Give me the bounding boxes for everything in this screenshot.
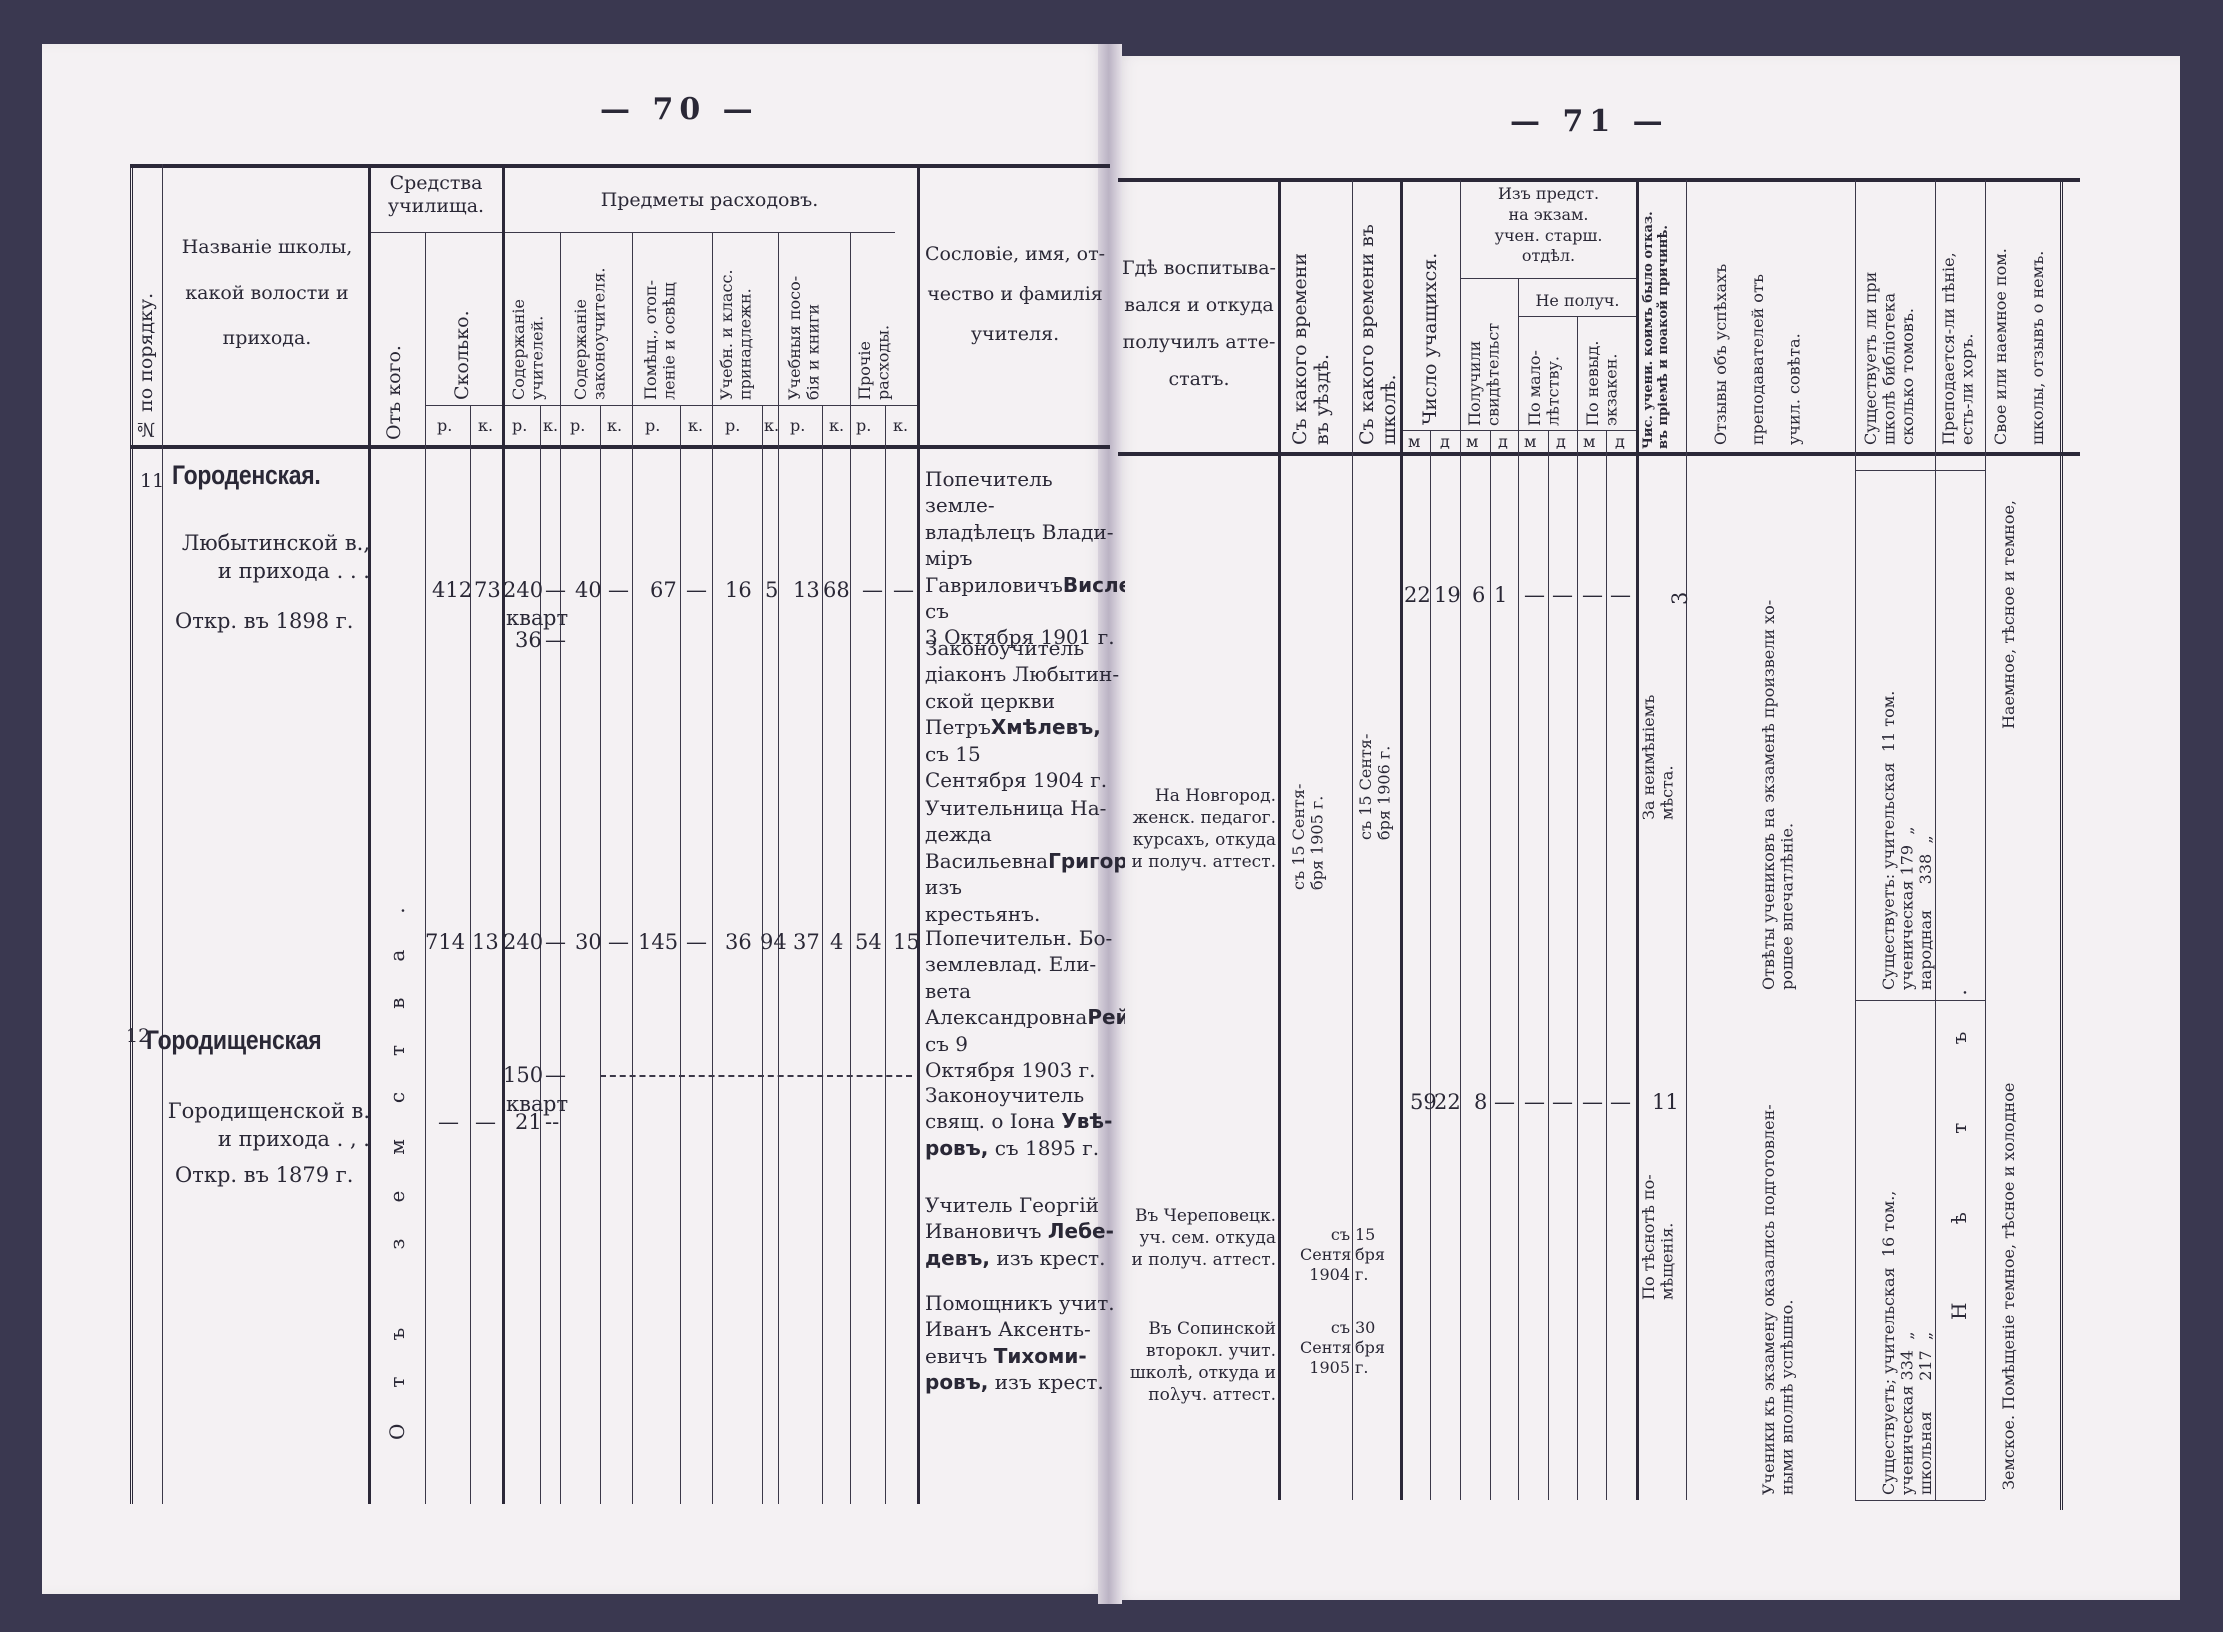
school-name: Городищенская xyxy=(146,1025,321,1056)
singing-none: Н ѣ т ъ. xyxy=(1948,620,1971,1320)
header-exp-other: Прочіе расходы. xyxy=(856,265,893,400)
row-number: 11 xyxy=(140,470,164,492)
header-singing: Преподается-ли пѣніе, есть-ли хоръ. xyxy=(1940,190,1977,445)
teacher-entry: Помощникъ учит. Иванъ Аксенть- евичъ Тих… xyxy=(925,1290,1125,1396)
header-by-failure: По невыд. экзакен. xyxy=(1584,322,1621,426)
header-exp-teachers: Содержаніе учителей. xyxy=(510,245,547,400)
refused-count: 11 xyxy=(1652,1090,1679,1114)
header-library: Существуетъ ли при школѣ библіотека скол… xyxy=(1862,190,1917,445)
header-exp-premises: Помѣщ., отоп- леніе и освѣщ xyxy=(642,245,679,400)
since-school: съ 15 Сентя- бря 1906 г. xyxy=(1357,650,1394,840)
header-pupils-count: Число учащихся. xyxy=(1420,200,1442,425)
refused-count: 3 xyxy=(1668,575,1692,605)
teacher-education: На Новгород. женск. педагог. курсахъ, от… xyxy=(1110,785,1276,873)
header-funds-amount: Сколько. xyxy=(452,250,474,400)
teacher-entry: Учительница На- дежда ВасильевнаГригорье… xyxy=(925,795,1125,927)
premises-text: Земское. Помѣщеніе темное, тѣсное и холо… xyxy=(2000,990,2018,1490)
library-text: Существуетъ: учительская 11 том. учениче… xyxy=(1880,510,1935,990)
refused-reason: По тѣснотѣ по- мѣщенія. xyxy=(1640,1130,1677,1300)
teacher-entry: Законоучитель діаконъ Любытин- ской церк… xyxy=(925,635,1125,793)
premises-text: Наемное, тѣсное и темное, xyxy=(2000,500,2018,970)
funds-source-zemstvo: Отъ земства. xyxy=(386,540,409,1440)
header-premises: Свое или наемное пом. школы, отзывъ о не… xyxy=(1992,190,2047,445)
teacher-entry: Законоучитель свящ. о Іона Увѣ- ровъ, съ… xyxy=(925,1082,1125,1161)
header-not-got: Не получ. xyxy=(1518,290,1637,312)
header-reviews: Отзывы объ успѣхахъ преподавателей отъ у… xyxy=(1712,195,1804,445)
page-number-right: — 71 — xyxy=(1510,104,1669,139)
dash-row xyxy=(600,1075,912,1077)
refused-reason: За неимѣніемъ мѣста. xyxy=(1640,620,1677,820)
header-education: Гдѣ воспитыва- вался и откуда получилъ а… xyxy=(1122,250,1276,398)
header-school-name: Названіе школы, какой волости и прихода. xyxy=(168,225,366,362)
teacher-education: Въ Сопинской второкл. учит. школѣ, откуд… xyxy=(1110,1318,1276,1406)
review-text: Отвѣты учениковъ на экзаменѣ произвели х… xyxy=(1760,490,1797,990)
header-refused: Чис. учени. коимъ было отказ. въ пріемѣ … xyxy=(1642,184,1672,449)
teacher-education: Въ Череповецк. уч. сем. откуда и получ. … xyxy=(1110,1205,1276,1271)
teacher-entry: Учитель Георгій Ивановичъ Лебе- девъ, из… xyxy=(925,1192,1125,1271)
header-by-minority: По мало- лѣтству. xyxy=(1526,322,1563,426)
school-volost: Городищенской в. и прихода . , . xyxy=(150,1098,370,1154)
header-got-certificates: Получили свидѣтельст xyxy=(1466,284,1503,426)
teacher-entry: Попечитель земле- владѣлецъ Влади- міръ … xyxy=(925,466,1125,651)
page-number-left: — 70 — xyxy=(600,92,759,127)
since-district: съ 15 Сентя- бря 1905 г. xyxy=(1290,700,1327,890)
header-expenses: Предметы расходовъ. xyxy=(502,188,917,214)
header-since-district: Съ какого времени въ уѣздѣ. xyxy=(1290,190,1334,445)
header-funds-from: Отъ кого. xyxy=(384,250,406,440)
school-name: Городенская. xyxy=(172,460,321,491)
header-order-no: № по порядку. xyxy=(136,190,158,440)
school-volost: Любытинской в., и прихода . . . xyxy=(160,530,370,586)
school-opened: Откр. въ 1898 г. xyxy=(175,608,353,636)
school-opened: Откр. въ 1879 г. xyxy=(175,1162,353,1190)
teacher-entry: Попечительн. Бо- землевлад. Ели- вета Ал… xyxy=(925,925,1125,1083)
review-text: Ученики къ экзамену оказались подготовле… xyxy=(1760,995,1797,1495)
header-funds: Средства училища. xyxy=(370,172,502,218)
header-exp-law-teacher: Содержаніе законоучителя. xyxy=(572,245,609,400)
library-text: Существуетъ; учительская 16 том., ученич… xyxy=(1880,1015,1935,1495)
header-exp-textbooks: Учебныя посо- бія и книги xyxy=(786,245,823,400)
header-exam-group: Изъ предст. на экзам. учен. старш. отдѣл… xyxy=(1460,184,1637,267)
header-since-school: Съ какого времени въ школѣ. xyxy=(1357,190,1401,445)
header-exp-class-supplies: Учебн. и класс. принадлежн. xyxy=(718,245,755,400)
header-teacher: Сословіе, имя, от- чество и фамилія учит… xyxy=(920,235,1110,355)
